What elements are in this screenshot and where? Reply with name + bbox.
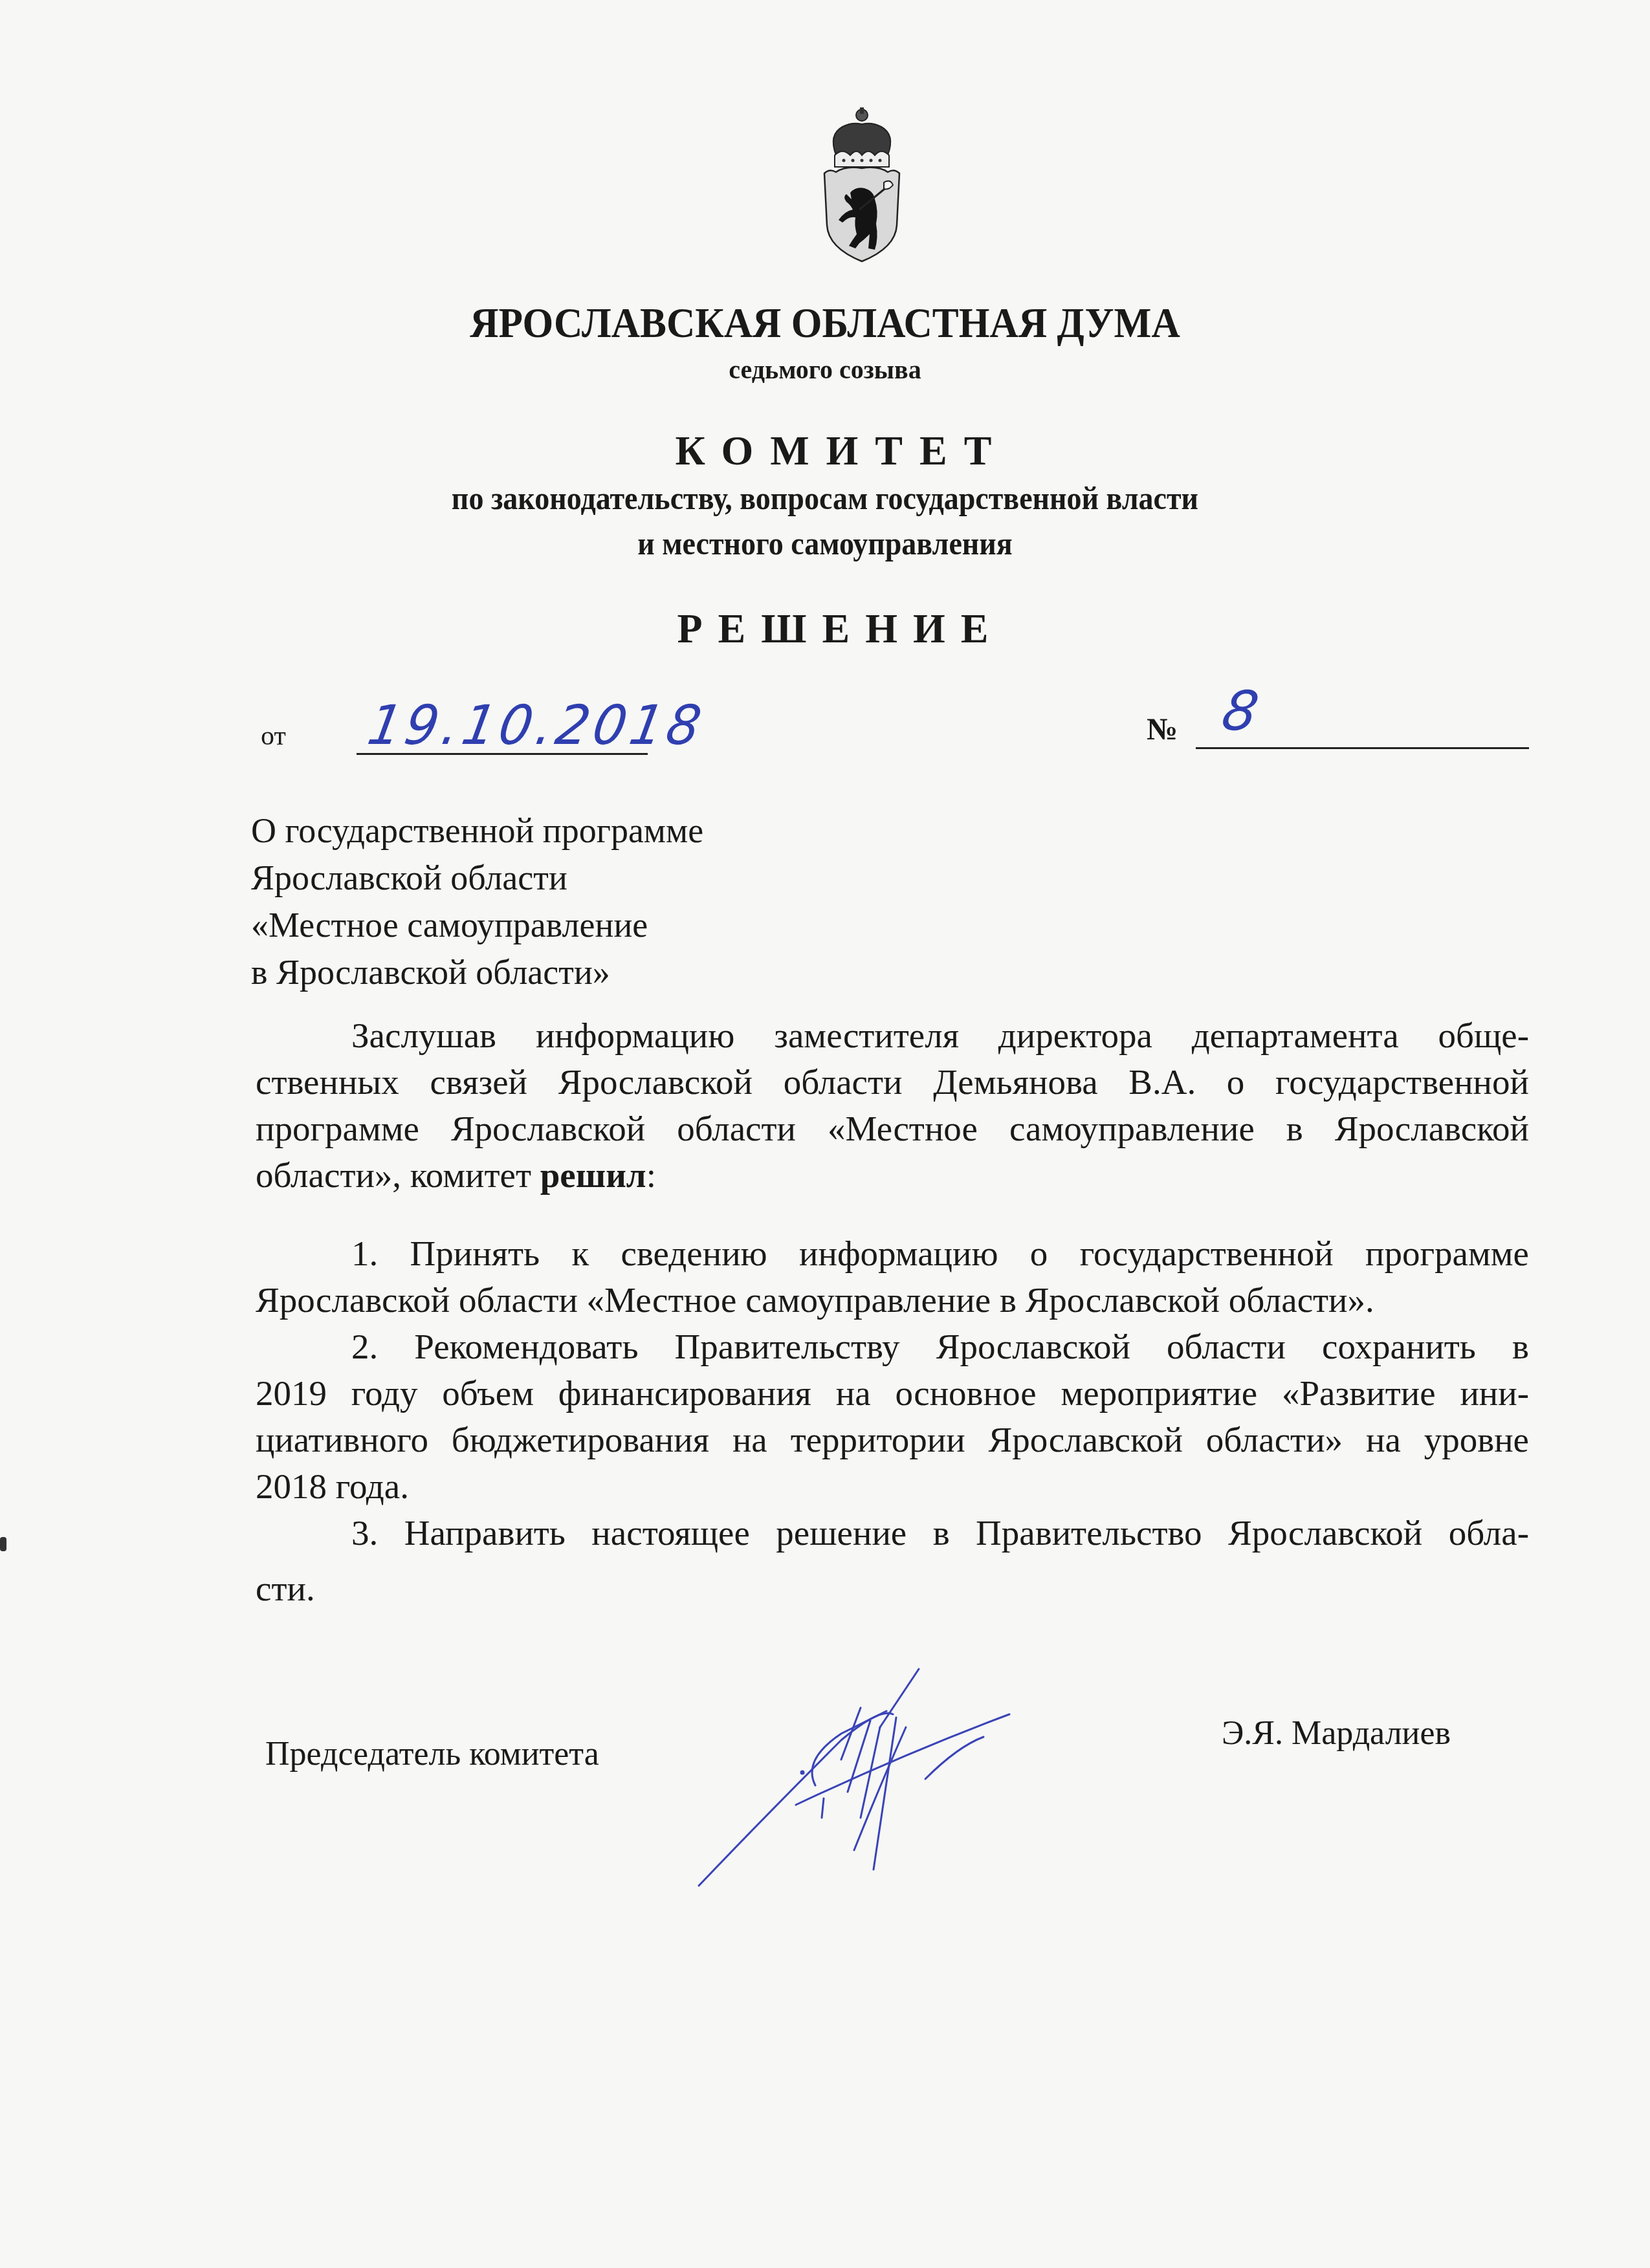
item-1-line: 1. Принять к сведению информацию о госуд… [256, 1230, 1529, 1277]
subject-line: «Местное самоуправление [251, 902, 703, 949]
subject-line: Ярославской области [251, 855, 703, 902]
committee-description: по законодательству, вопросам государств… [66, 475, 1584, 566]
intro-paragraph: Заслушав информацию заместителя директор… [256, 1012, 1529, 1199]
coat-of-arms-icon [817, 96, 907, 265]
number-value-handwritten: 8 [1217, 679, 1263, 743]
paragraph-line: ственных связей Ярославской области Демь… [256, 1059, 1529, 1106]
item-2-line: 2018 года. [256, 1463, 1529, 1510]
committee-description-line: по законодательству, вопросам государств… [66, 475, 1584, 521]
item-3-line: 3. Направить настоящее решение в Правите… [256, 1510, 1529, 1556]
convocation-subtitle: седьмого созыва [0, 354, 1650, 385]
date-label: от [261, 721, 286, 752]
paragraph-line: области», комитет решил: [256, 1152, 1529, 1199]
paragraph-line: программе Ярославской области «Местное с… [256, 1106, 1529, 1152]
date-underline [357, 753, 648, 755]
item-2-line: циативного бюджетирования на территории … [256, 1417, 1529, 1463]
resolved-keyword: решил [540, 1155, 646, 1195]
number-underline [1196, 747, 1529, 749]
item-3-line: сти. [256, 1565, 1529, 1612]
handwritten-signature-icon [647, 1656, 1139, 1902]
paragraph-line: Заслушав информацию заместителя директор… [256, 1012, 1529, 1059]
decision-items: 1. Принять к сведению информацию о госуд… [256, 1230, 1529, 1612]
committee-title: КОМИТЕТ [0, 427, 1650, 475]
item-2-line: 2019 году объем финансирования на основн… [256, 1370, 1529, 1417]
number-label: № [1147, 712, 1178, 747]
signatory-name: Э.Я. Мардалиев [1222, 1714, 1451, 1752]
document-subject: О государственной программе Ярославской … [251, 807, 703, 996]
colon: : [646, 1155, 656, 1195]
item-2-line: 2. Рекомендовать Правительству Ярославск… [256, 1324, 1529, 1370]
intro-text: области», комитет [256, 1155, 540, 1195]
subject-line: О государственной программе [251, 807, 703, 855]
date-value-handwritten: 19.10.2018 [363, 694, 709, 758]
subject-line: в Ярославской области» [251, 949, 703, 996]
organization-title: ЯРОСЛАВСКАЯ ОБЛАСТНАЯ ДУМА [58, 299, 1592, 348]
document-type-title: РЕШЕНИЕ [0, 605, 1650, 653]
signatory-role: Председатель комитета [265, 1735, 599, 1773]
item-1-line: Ярославской области «Местное самоуправле… [256, 1277, 1529, 1324]
committee-description-line: и местного самоуправления [66, 521, 1584, 566]
scan-artifact [0, 1537, 6, 1551]
